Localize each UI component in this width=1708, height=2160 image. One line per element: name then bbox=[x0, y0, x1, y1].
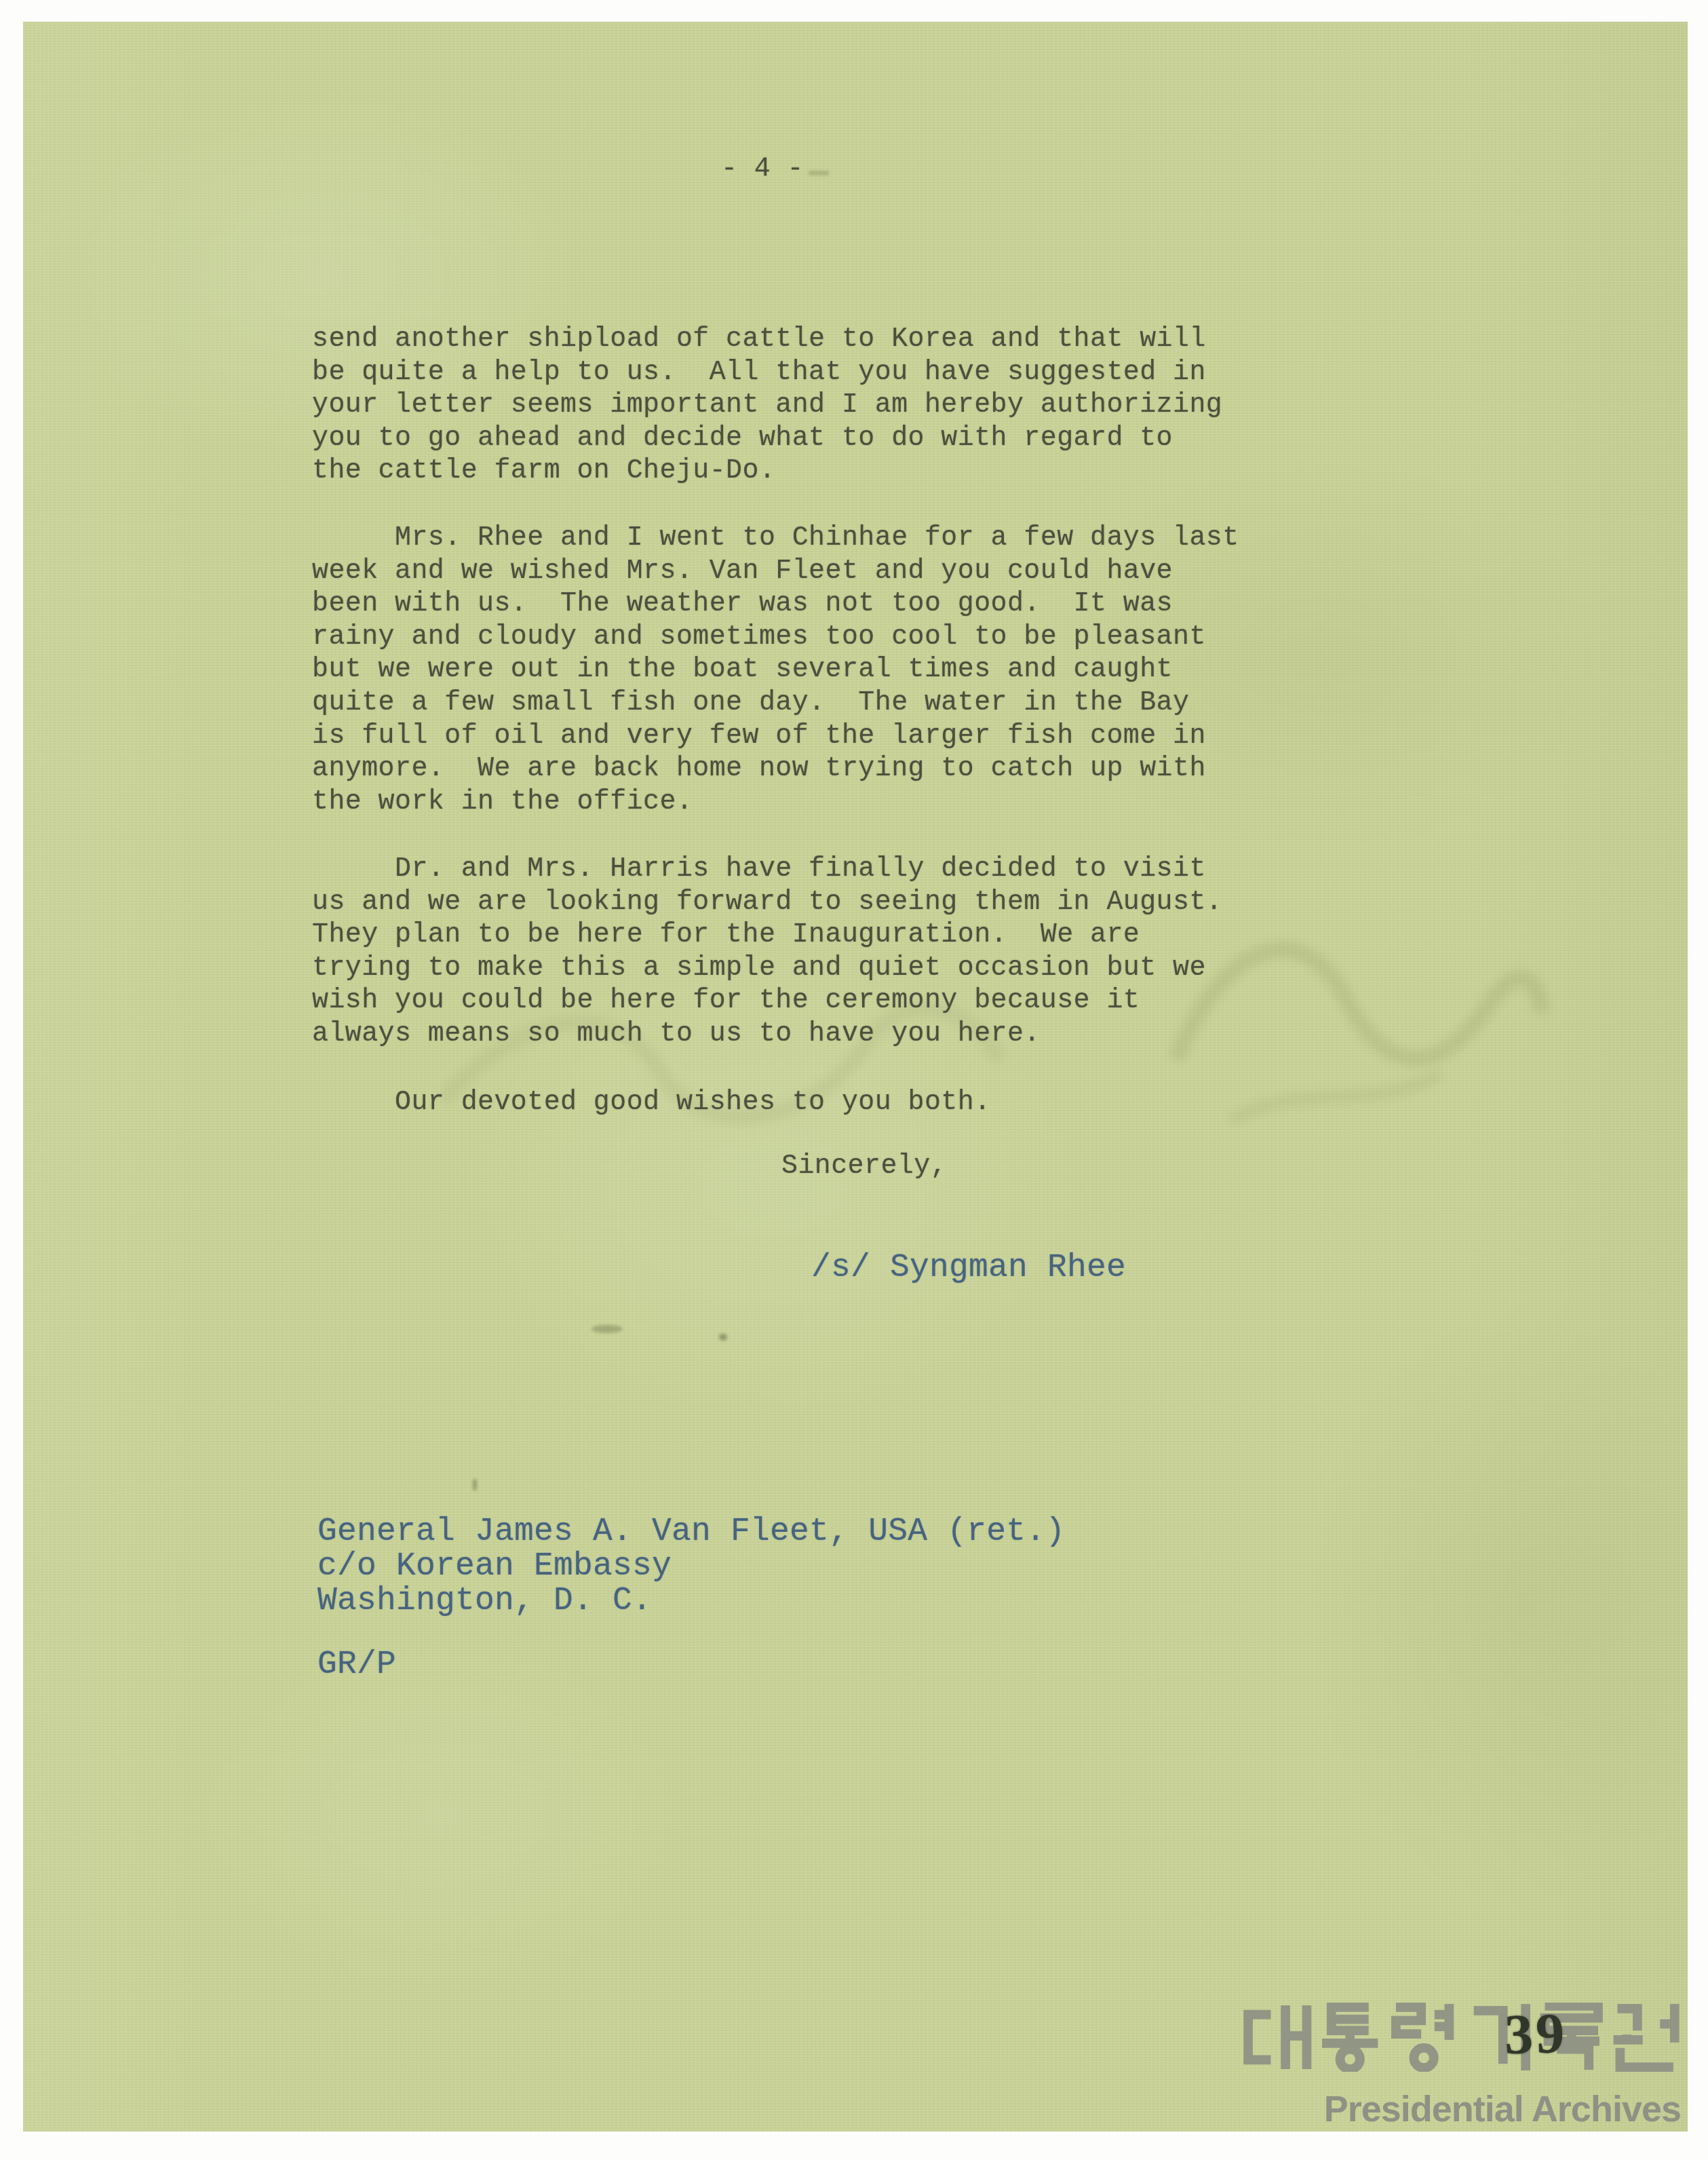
ink-speck bbox=[473, 1479, 477, 1490]
text-line: your letter seems important and I am her… bbox=[312, 389, 1222, 423]
presidential-archives-english-watermark: Presidential Archives bbox=[1324, 2091, 1681, 2127]
text-line: c/o Korean Embassy bbox=[317, 1549, 1065, 1584]
text-line: you to go ahead and decide what to do wi… bbox=[312, 423, 1222, 456]
text-line: be quite a help to us. All that you have… bbox=[312, 357, 1222, 390]
scanned-letter-page: - 4 - send another shipload of cattle to… bbox=[0, 0, 1708, 2160]
closing-line: Our devoted good wishes to you both. bbox=[312, 1087, 991, 1120]
text-line: always means so much to us to have you h… bbox=[312, 1018, 1222, 1052]
pencil-smudge bbox=[591, 1325, 623, 1333]
text-line: the work in the office. bbox=[312, 786, 1239, 819]
salutation: Sincerely, bbox=[781, 1151, 947, 1184]
text-line: They plan to be here for the Inauguratio… bbox=[312, 919, 1222, 952]
paragraph-chinhae-trip: Mrs. Rhee and I went to Chinhae for a fe… bbox=[312, 522, 1239, 819]
text-line: anymore. We are back home now trying to … bbox=[312, 753, 1239, 786]
text-line: wish you could be here for the ceremony … bbox=[312, 985, 1222, 1018]
text-line: the cattle farm on Cheju-Do. bbox=[312, 455, 1222, 488]
text-line: Dr. and Mrs. Harris have finally decided… bbox=[312, 853, 1222, 887]
text-line: quite a few small fish one day. The wate… bbox=[312, 687, 1239, 720]
text-line: Washington, D. C. bbox=[317, 1584, 1065, 1619]
text-line: send another shipload of cattle to Korea… bbox=[312, 324, 1222, 357]
text-line: but we were out in the boat several time… bbox=[312, 654, 1239, 687]
text-line: week and we wished Mrs. Van Fleet and yo… bbox=[312, 556, 1239, 589]
typed-signature: /s/ Syngman Rhee bbox=[811, 1251, 1126, 1286]
text-line: rainy and cloudy and sometimes too cool … bbox=[312, 621, 1239, 655]
text-line: General James A. Van Fleet, USA (ret.) bbox=[317, 1515, 1065, 1549]
text-line: Mrs. Rhee and I went to Chinhae for a fe… bbox=[312, 522, 1239, 556]
text-line: trying to make this a simple and quiet o… bbox=[312, 952, 1222, 986]
text-line: been with us. The weather was not too go… bbox=[312, 588, 1239, 621]
ink-speck bbox=[719, 1334, 727, 1341]
typist-initials: GR/P bbox=[317, 1648, 396, 1682]
letter-paper: - 4 - send another shipload of cattle to… bbox=[23, 22, 1688, 2132]
presidential-archives-korean-watermark bbox=[1241, 2003, 1681, 2072]
text-line: is full of oil and very few of the large… bbox=[312, 720, 1239, 754]
text-line: us and we are looking forward to seeing … bbox=[312, 887, 1222, 920]
page-number-stamp: 39 bbox=[1504, 2005, 1568, 2064]
recipient-address: General James A. Van Fleet, USA (ret.)c/… bbox=[317, 1515, 1065, 1619]
paragraph-harris-visit: Dr. and Mrs. Harris have finally decided… bbox=[312, 853, 1222, 1052]
paragraph-cattle-shipment: send another shipload of cattle to Korea… bbox=[312, 324, 1222, 488]
page-number: - 4 - bbox=[721, 153, 804, 187]
faint-dash bbox=[809, 171, 829, 175]
